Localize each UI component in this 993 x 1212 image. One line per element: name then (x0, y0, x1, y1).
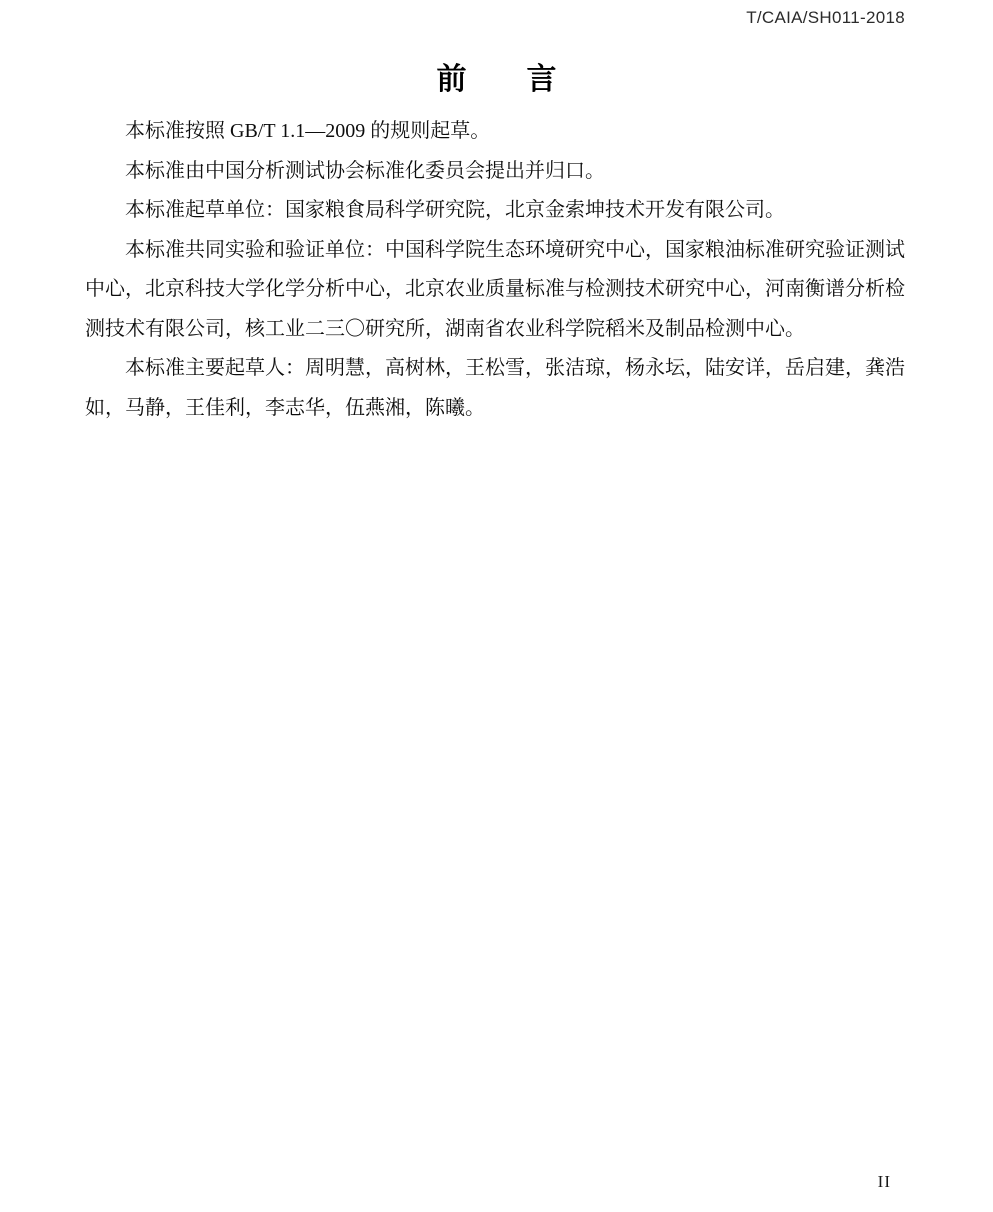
paragraph-drafting-rules: 本标准按照 GB/T 1.1—2009 的规则起草。 (85, 112, 905, 152)
document-body: 本标准按照 GB/T 1.1—2009 的规则起草。 本标准由中国分析测试协会标… (85, 112, 905, 428)
standard-code-header: T/CAIA/SH011-2018 (746, 8, 905, 28)
paragraph-verification-organizations: 本标准共同实验和验证单位：中国科学院生态环境研究中心，国家粮油标准研究验证测试中… (85, 231, 905, 350)
paragraph-drafting-organizations: 本标准起草单位：国家粮食局科学研究院，北京金索坤技术开发有限公司。 (85, 191, 905, 231)
document-page: T/CAIA/SH011-2018 前 言 本标准按照 GB/T 1.1—200… (0, 0, 993, 1212)
paragraph-proposed-by: 本标准由中国分析测试协会标准化委员会提出并归口。 (85, 152, 905, 192)
page-number: II (878, 1172, 891, 1192)
paragraph-main-drafters: 本标准主要起草人：周明慧，高树林，王松雪，张洁琼，杨永坛，陆安详，岳启建，龚浩如… (85, 349, 905, 428)
